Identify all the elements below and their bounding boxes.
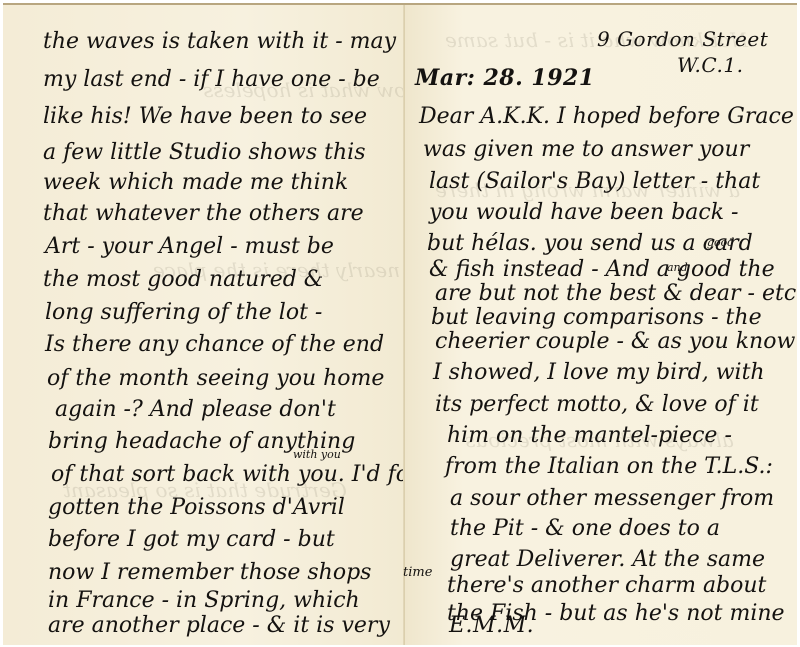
letter-line: Is there any chance of the end: [45, 330, 384, 360]
letter-date: Mar: 28. 1921: [415, 65, 595, 91]
letter-line: my last end - if I have one - be: [43, 65, 380, 95]
letter-scan: I dare I know what is hopeless a nearly …: [0, 0, 800, 647]
letter-line: I showed, I love my bird, with: [433, 358, 765, 388]
letter-line: that whatever the others are: [43, 199, 364, 229]
letter-line: now I remember those shops: [48, 558, 371, 588]
letter-line: him on the mantel-piece -: [447, 421, 732, 451]
letter-line: from the Italian on the T.L.S.:: [445, 452, 773, 482]
letter-line: you would have been back -: [429, 198, 738, 228]
letter-line: there's another charm about: [447, 571, 766, 601]
letter-line: its perfect motto, & love of it: [435, 390, 759, 420]
letter-line: a sour other messenger from: [450, 484, 774, 514]
letter-line: like his! We have been to see: [43, 102, 367, 132]
right-page: Not know who it is - but same a winter w…: [405, 5, 797, 645]
margin-note: time: [403, 565, 432, 580]
letter-line: gotten the Poissons d'Avril: [48, 493, 345, 523]
letter-line: was given me to answer your: [423, 135, 749, 165]
letter-line: cheerier couple - & as you know: [435, 327, 795, 357]
letter-line: long suffering of the lot -: [45, 298, 322, 328]
letter-line: last (Sailor's Bay) letter - that: [429, 167, 760, 197]
paper-sheet: I dare I know what is hopeless a nearly …: [3, 3, 797, 645]
letter-line: of that sort back with you. I'd for-: [51, 460, 427, 490]
letter-line: Dear A.K.K. I hoped before Grace: [419, 102, 794, 132]
sender-address-line1: 9 Gordon Street: [597, 27, 768, 51]
letter-line: the waves is taken with it - may: [43, 27, 396, 57]
letter-line: the most good natured &: [43, 265, 323, 295]
letter-line: week which made me think: [43, 168, 348, 198]
letter-line: before I got my card - but: [48, 525, 335, 555]
letter-line: the Pit - & one does to a: [450, 514, 720, 544]
sender-address-line2: W.C.1.: [677, 53, 743, 77]
letter-line: of the month seeing you home: [47, 364, 384, 394]
letter-line: again -? And please don't: [55, 395, 336, 425]
insertion-and: and: [667, 261, 688, 274]
left-page: I dare I know what is hopeless a nearly …: [3, 5, 405, 645]
signature: E.M.M.: [449, 613, 534, 638]
letter-line: Art - your Angel - must be: [45, 232, 334, 262]
insertion-good: good: [707, 236, 734, 249]
letter-line: are another place - & it is very: [48, 611, 390, 641]
letter-line: a few little Studio shows this: [43, 138, 366, 168]
